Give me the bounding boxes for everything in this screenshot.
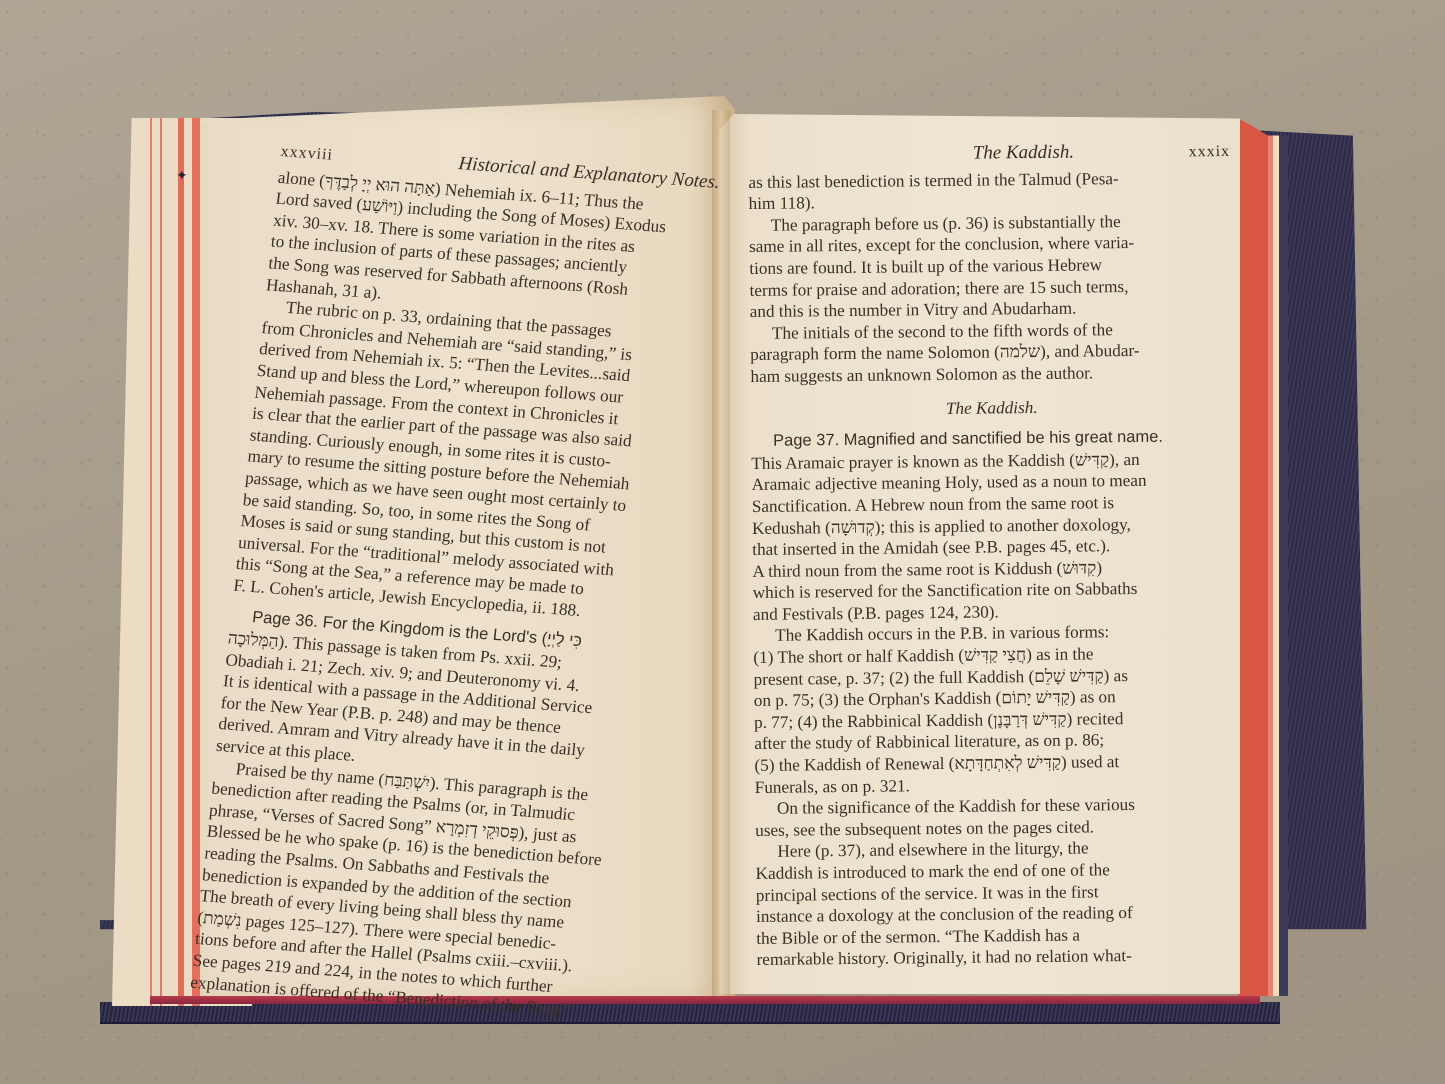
text-line: ham suggests an unknown Solomon as the a… xyxy=(750,361,1232,388)
book-photo: ✦ xxxviii Historical and Explanatory Not… xyxy=(0,0,1445,1084)
right-folio: xxxix xyxy=(1189,141,1231,163)
book-gutter xyxy=(712,110,730,1000)
book-cover-bottom-edge xyxy=(100,1002,1280,1024)
left-page-text: xxxviii Historical and Explanatory Notes… xyxy=(189,140,720,1025)
right-running-head: The Kaddish. xxxix xyxy=(748,140,1230,168)
left-folio: xxxviii xyxy=(280,141,335,166)
right-page-text: The Kaddish. xxxix as this last benedict… xyxy=(748,140,1239,971)
right-page-stack-red-edges xyxy=(1238,118,1288,996)
section-heading: The Kaddish. xyxy=(751,394,1233,421)
margin-mark: ✦ xyxy=(176,168,188,185)
right-running-title: The Kaddish. xyxy=(973,142,1075,165)
